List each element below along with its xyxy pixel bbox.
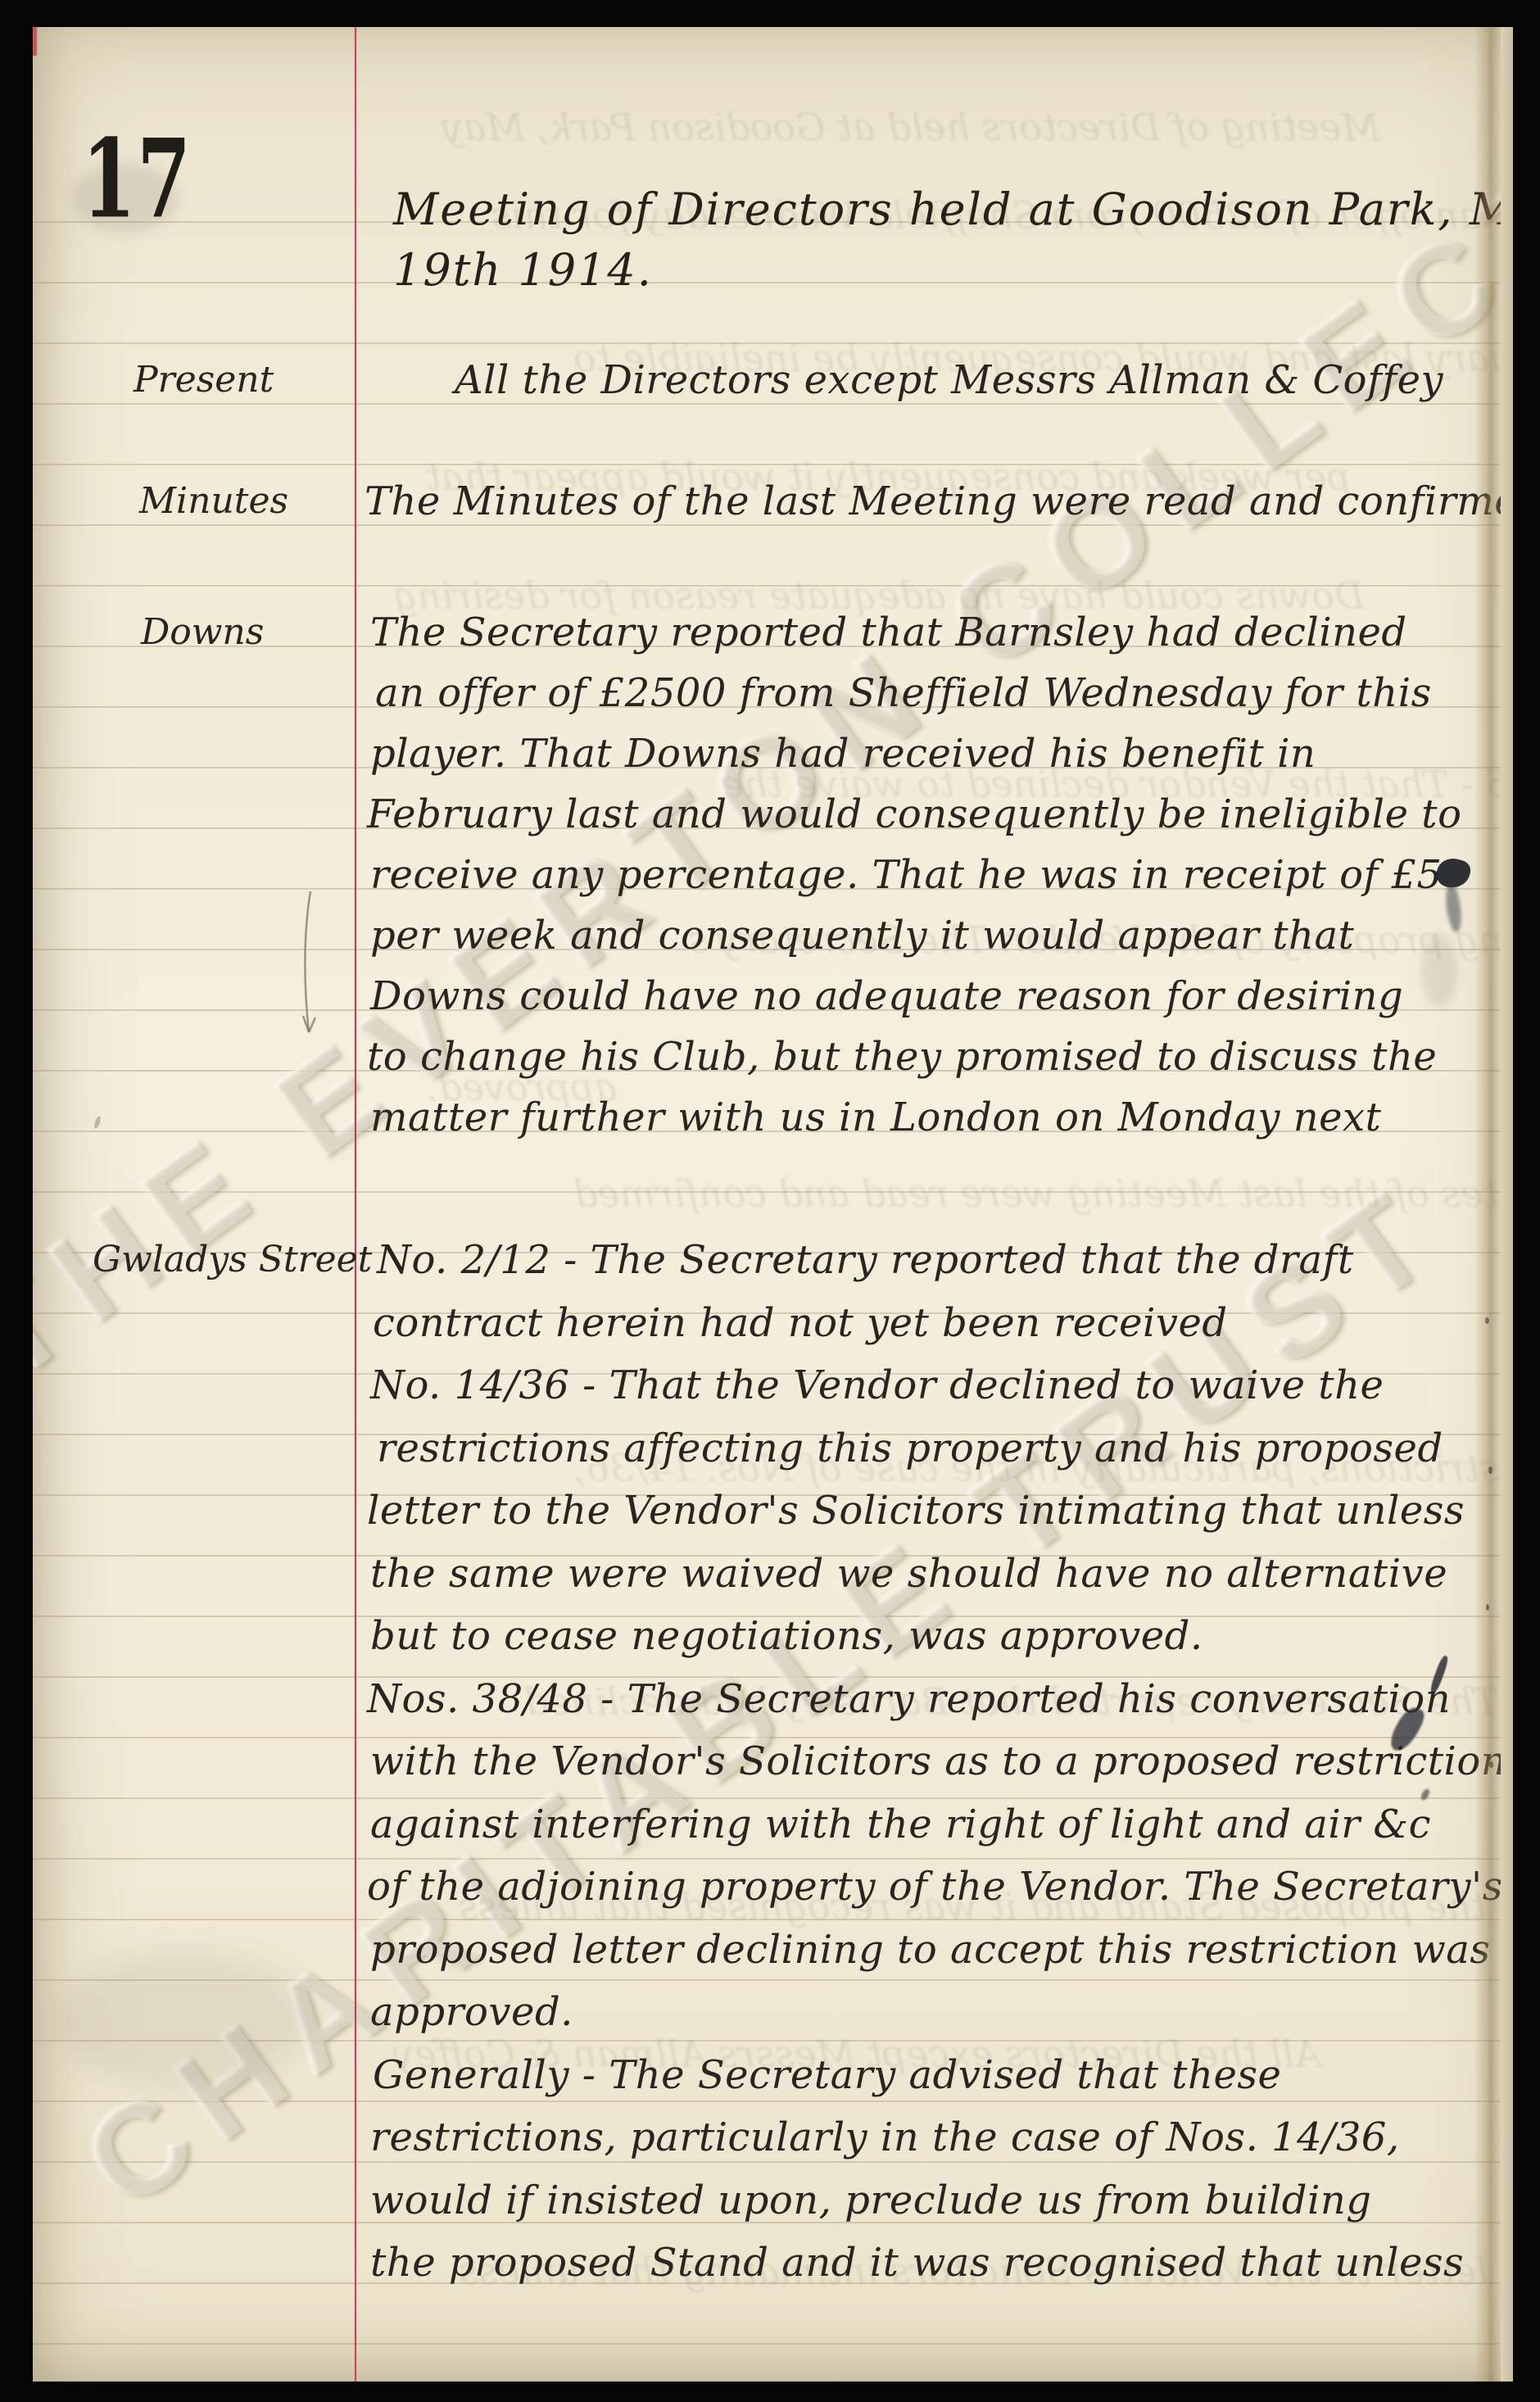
- handwritten-line: proposed letter declining to accept this…: [370, 1927, 1491, 1973]
- fingerprint-smudge: [57, 1950, 311, 2089]
- edge-speck: [1485, 1317, 1489, 1324]
- handwritten-line: The Minutes of the last Meeting were rea…: [365, 478, 1540, 524]
- margin-label-minutes: Minutes: [139, 480, 288, 522]
- handwritten-line: of the adjoining property of the Vendor.…: [367, 1864, 1503, 1910]
- page-number: 17: [82, 115, 192, 242]
- page-edge-shadow: [1474, 27, 1501, 2382]
- bleedthrough-ghost-text: The Minutes of the last Meeting were rea…: [573, 1172, 1540, 1216]
- handwritten-line: per week and consequently it would appea…: [370, 913, 1354, 959]
- edge-speck: [1489, 1761, 1493, 1768]
- handwritten-line: receive any percentage. That he was in r…: [370, 852, 1443, 898]
- handwritten-line: All the Directors except Messrs Allman &…: [455, 357, 1443, 403]
- handwritten-line: the proposed Stand and it was recognised…: [370, 2240, 1464, 2286]
- handwritten-line: letter to the Vendor's Solicitors intima…: [367, 1488, 1465, 1534]
- handwritten-line: No. 14/36 - That the Vendor declined to …: [370, 1362, 1384, 1408]
- handwritten-line: The Secretary reported that Barnsley had…: [370, 610, 1407, 655]
- paper-page: THE EVERTON COLLECTION CHARITABLE TRUST …: [0, 0, 1540, 2402]
- meeting-heading-line: Meeting of Directors held at Goodison Pa…: [393, 184, 1540, 235]
- handwritten-line: No. 2/12 - The Secretary reported that t…: [377, 1237, 1354, 1283]
- scan-border-left: [0, 0, 33, 2402]
- edge-speck: [1486, 1604, 1489, 1611]
- scan-border-top: [0, 0, 1540, 27]
- handwritten-line: contract herein had not yet been receive…: [373, 1300, 1228, 1346]
- edge-speck: [1484, 493, 1488, 499]
- handwritten-line: to change his Club, but they promised to…: [367, 1034, 1437, 1080]
- handwritten-line: restrictions, particularly in the case o…: [370, 2114, 1400, 2160]
- margin-label-gwladys-street: Gwladys Street: [93, 1239, 372, 1280]
- handwritten-line: Generally - The Secretary advised that t…: [373, 2052, 1281, 2098]
- margin-rule-line: [355, 27, 356, 2382]
- handwritten-line: Nos. 38/48 - The Secretary reported his …: [367, 1676, 1451, 1722]
- handwritten-line: restrictions affecting this property and…: [377, 1425, 1443, 1471]
- pencil-arrow-annotation: [298, 886, 321, 1054]
- handwritten-line: the same were waived we should have no a…: [370, 1551, 1447, 1597]
- bleedthrough-ghost-text: Meeting of Directors held at Goodison Pa…: [442, 105, 1380, 149]
- handwritten-line: player. That Downs had received his bene…: [370, 731, 1316, 777]
- handwritten-line: with the Vendor's Solicitors as to a pro…: [370, 1738, 1506, 1784]
- ink-smudge-faint: [1421, 934, 1457, 1008]
- handwritten-line: but to cease negotiations, was approved.: [370, 1613, 1203, 1659]
- scan-border-bottom: [0, 2382, 1540, 2402]
- handwritten-line: matter further with us in London on Mond…: [370, 1094, 1381, 1140]
- handwritten-line: an offer of £2500 from Sheffield Wednesd…: [375, 670, 1432, 716]
- margin-label-present: Present: [134, 359, 274, 401]
- meeting-date-line: 19th 1914.: [393, 244, 653, 296]
- red-edge-streak: [33, 23, 37, 56]
- handwritten-line: Downs could have no adequate reason for …: [370, 973, 1403, 1019]
- handwritten-line: would if insisted upon, preclude us from…: [370, 2178, 1372, 2223]
- page-edge-stack: [1501, 27, 1513, 2382]
- edge-speck: [1488, 1466, 1492, 1474]
- handwritten-line: approved.: [370, 1989, 573, 2035]
- margin-label-downs: Downs: [141, 611, 264, 653]
- scan-border-right: [1513, 0, 1540, 2402]
- handwritten-line: February last and would consequently be …: [367, 791, 1462, 837]
- handwritten-line: against interfering with the right of li…: [370, 1801, 1431, 1847]
- minute-book-scan: THE EVERTON COLLECTION CHARITABLE TRUST …: [0, 0, 1540, 2402]
